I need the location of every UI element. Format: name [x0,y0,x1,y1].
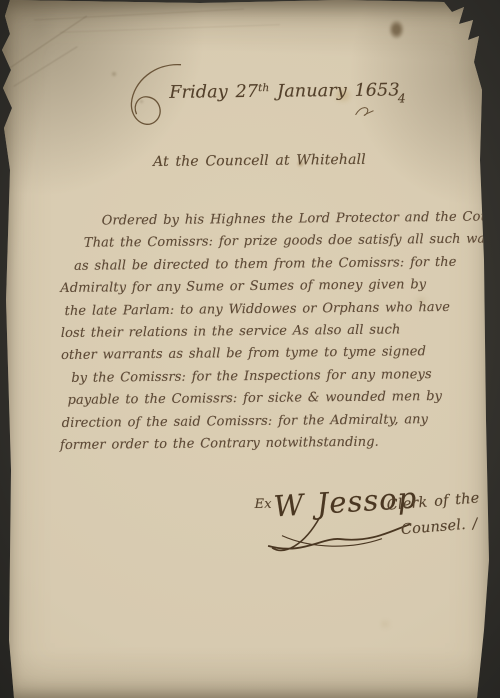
order-body: Ordered by his Highnes the Lord Protecto… [54,210,457,460]
year-flourish [353,103,375,119]
salutation: At the Councell at Whitehall [153,152,366,170]
examination-mark: Ex [255,497,272,512]
date-month: January 165 [269,81,388,102]
date-superscript: th [258,82,269,94]
manuscript-scan: Friday 27th January 16534 At the Councel… [0,0,500,698]
paper-sheet: Friday 27th January 16534 At the Councel… [0,0,500,698]
year-bottom: 4 [398,91,406,105]
body-line: former order to the Contrary notwithstan… [56,434,456,461]
date-line: Friday 27th January 16534 [169,80,408,102]
handwritten-text-layer: Friday 27th January 16534 At the Councel… [0,0,500,698]
signature-flourish [260,514,420,562]
date-text: Friday 27 [169,82,258,103]
